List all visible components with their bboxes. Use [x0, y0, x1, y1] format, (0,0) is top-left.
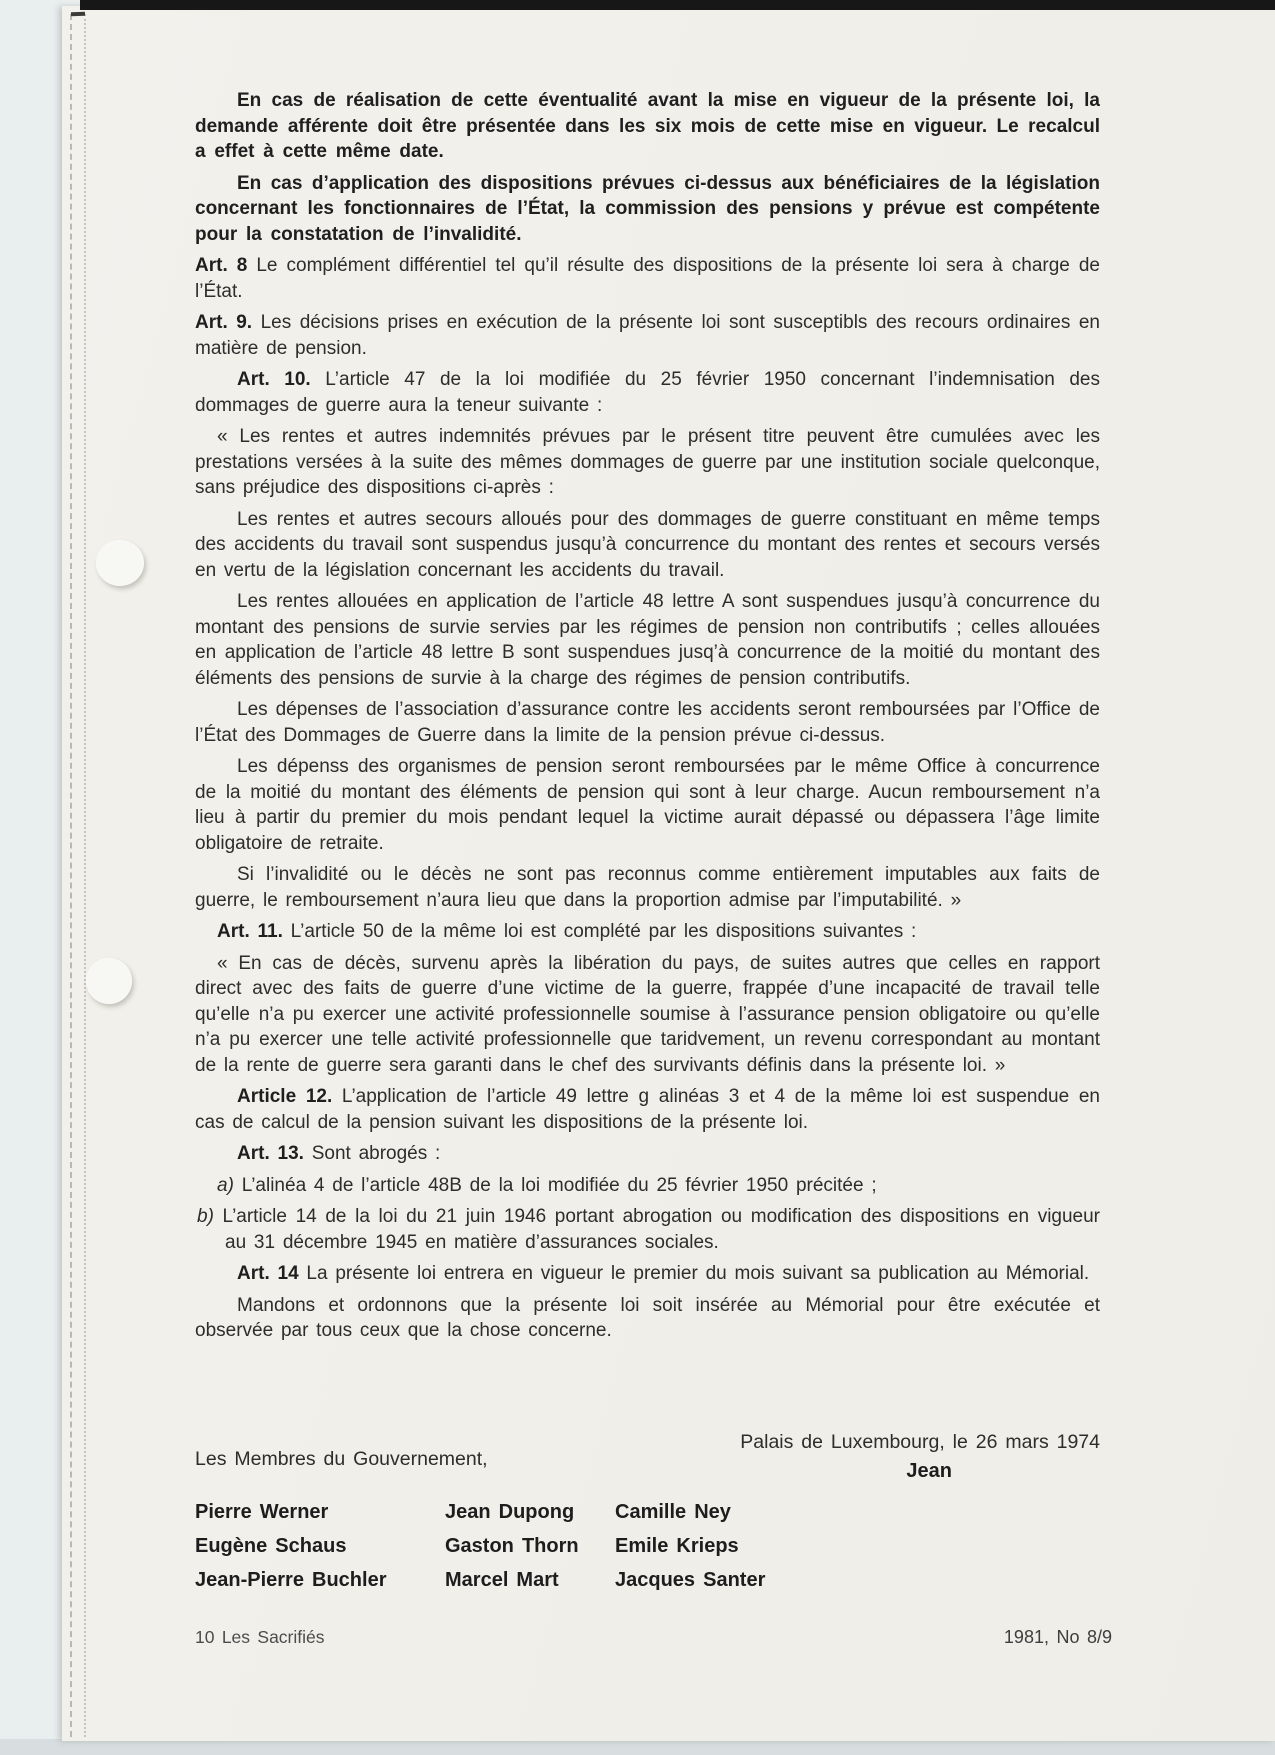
signature-name: Pierre Werner [195, 1499, 445, 1525]
paragraph-text: Mandons et ordonnons que la présente loi… [195, 1295, 1100, 1342]
place-and-date: Palais de Luxembourg, le 26 mars 1974 [740, 1430, 1100, 1456]
quote-paragraph-5: Les dépenss des organismes de pension se… [195, 754, 1100, 856]
paragraph-text: Les dépenses de l’association d’assuranc… [195, 699, 1100, 746]
list-marker: a) [217, 1175, 234, 1196]
list-item-b: b) L’article 14 de la loi du 21 juin 194… [197, 1204, 1100, 1255]
paragraph-intro-2: En cas d’application des dispositions pr… [195, 171, 1100, 248]
paragraph-text: Les dépenss des organismes de pension se… [195, 756, 1100, 854]
quote-paragraph-7: « En cas de décès, survenu après la libé… [195, 951, 1100, 1079]
article-10: Art. 10. L’article 47 de la loi modifiée… [195, 367, 1100, 418]
sovereign-signature: Jean [740, 1459, 1100, 1485]
quote-paragraph-3: Les rentes allouées en application de l’… [195, 589, 1100, 691]
paragraph-text: Les rentes allouées en application de l’… [195, 591, 1100, 689]
signature-name: Camille Ney [615, 1499, 1100, 1525]
article-number: Art. 11. [217, 921, 283, 942]
quote-paragraph-6: Si l’invalidité ou le décès ne sont pas … [195, 862, 1100, 913]
article-number: Art. 9. [195, 312, 252, 333]
scanned-document-page: En cas de réalisation de cette éventuali… [0, 0, 1275, 1755]
article-12: Article 12. L’application de l’article 4… [195, 1084, 1100, 1135]
paragraph-text: L’alinéa 4 de l’article 48B de la loi mo… [242, 1175, 877, 1196]
law-text-body: En cas de réalisation de cette éventuali… [195, 88, 1100, 1650]
quote-paragraph-4: Les dépenses de l’association d’assuranc… [195, 697, 1100, 748]
signature-name: Jacques Santer [615, 1567, 1100, 1593]
paragraph-text: En cas de réalisation de cette éventuali… [195, 90, 1100, 162]
article-14: Art. 14 La présente loi entrera en vigue… [195, 1261, 1100, 1287]
signature-name: Jean Dupong [445, 1499, 615, 1525]
minister-signatures: Pierre Werner Jean Dupong Camille Ney Eu… [195, 1499, 1100, 1593]
page-footer: 10 Les Sacrifiés 1981, No 8/9 [195, 1625, 1100, 1651]
article-number: Art. 10. [237, 369, 311, 390]
book-page-number: 10 Les Sacrifiés [195, 1625, 325, 1651]
list-marker: b) [197, 1206, 214, 1227]
signature-name: Jean-Pierre Buchler [195, 1567, 445, 1593]
scan-edge-artifact [71, 12, 85, 16]
article-13: Art. 13. Sont abrogés : [195, 1141, 1100, 1167]
hole-punch [86, 958, 132, 1004]
paragraph-text: Le complément différentiel tel qu’il rés… [195, 255, 1100, 302]
article-number: Art. 13. [237, 1143, 304, 1164]
mandons-paragraph: Mandons et ordonnons que la présente loi… [195, 1293, 1100, 1344]
quote-paragraph-1: « Les rentes et autres indemnités prévue… [195, 424, 1100, 501]
publication-reference: 1981, No 8/9 [1004, 1625, 1112, 1651]
paragraph-text: Sont abrogés : [312, 1143, 441, 1164]
paragraph-intro-1: En cas de réalisation de cette éventuali… [195, 88, 1100, 165]
paragraph-text: L’article 14 de la loi du 21 juin 1946 p… [223, 1206, 1100, 1253]
scan-top-black-bar [80, 0, 1275, 10]
stacked-page-edge-line [70, 14, 72, 1737]
paragraph-text: « Les rentes et autres indemnités prévue… [195, 426, 1100, 498]
closing-block: Les Membres du Gouvernement, Palais de L… [195, 1430, 1100, 1485]
signature-name: Gaston Thorn [445, 1533, 615, 1559]
paragraph-text: Les rentes et autres secours alloués pou… [195, 509, 1100, 581]
signature-name: Eugène Schaus [195, 1533, 445, 1559]
paragraph-text: Si l’invalidité ou le décès ne sont pas … [195, 864, 1100, 911]
scanner-left-margin [0, 0, 62, 1755]
signature-name: Marcel Mart [445, 1567, 615, 1593]
stacked-page-edge-line [84, 14, 86, 1737]
hole-punch [96, 540, 144, 586]
signature-place-date-block: Palais de Luxembourg, le 26 mars 1974 Je… [740, 1430, 1100, 1485]
paragraph-text: L’article 50 de la même loi est complété… [291, 921, 917, 942]
paper-sheet: En cas de réalisation de cette éventuali… [62, 6, 1275, 1741]
paragraph-text: La présente loi entrera en vigueur le pr… [306, 1263, 1089, 1284]
article-9: Art. 9. Les décisions prises en exécutio… [195, 310, 1100, 361]
signature-name: Emile Krieps [615, 1533, 1100, 1559]
government-members-heading: Les Membres du Gouvernement, [195, 1447, 488, 1473]
quote-paragraph-2: Les rentes et autres secours alloués pou… [195, 507, 1100, 584]
paragraph-text: En cas d’application des dispositions pr… [195, 173, 1100, 245]
article-11: Art. 11. L’article 50 de la même loi est… [195, 919, 1100, 945]
article-number: Art. 8 [195, 255, 247, 276]
article-number: Art. 14 [237, 1263, 299, 1284]
article-number: Article 12. [237, 1086, 332, 1107]
list-item-a: a) L’alinéa 4 de l’article 48B de la loi… [195, 1173, 1100, 1199]
paragraph-text: « En cas de décès, survenu après la libé… [195, 953, 1100, 1076]
paragraph-text: L’article 47 de la loi modifiée du 25 fé… [195, 369, 1100, 416]
article-8: Art. 8 Le complément différentiel tel qu… [195, 253, 1100, 304]
scanner-bottom-margin [0, 1739, 1275, 1755]
paragraph-text: Les décisions prises en exécution de la … [195, 312, 1100, 359]
